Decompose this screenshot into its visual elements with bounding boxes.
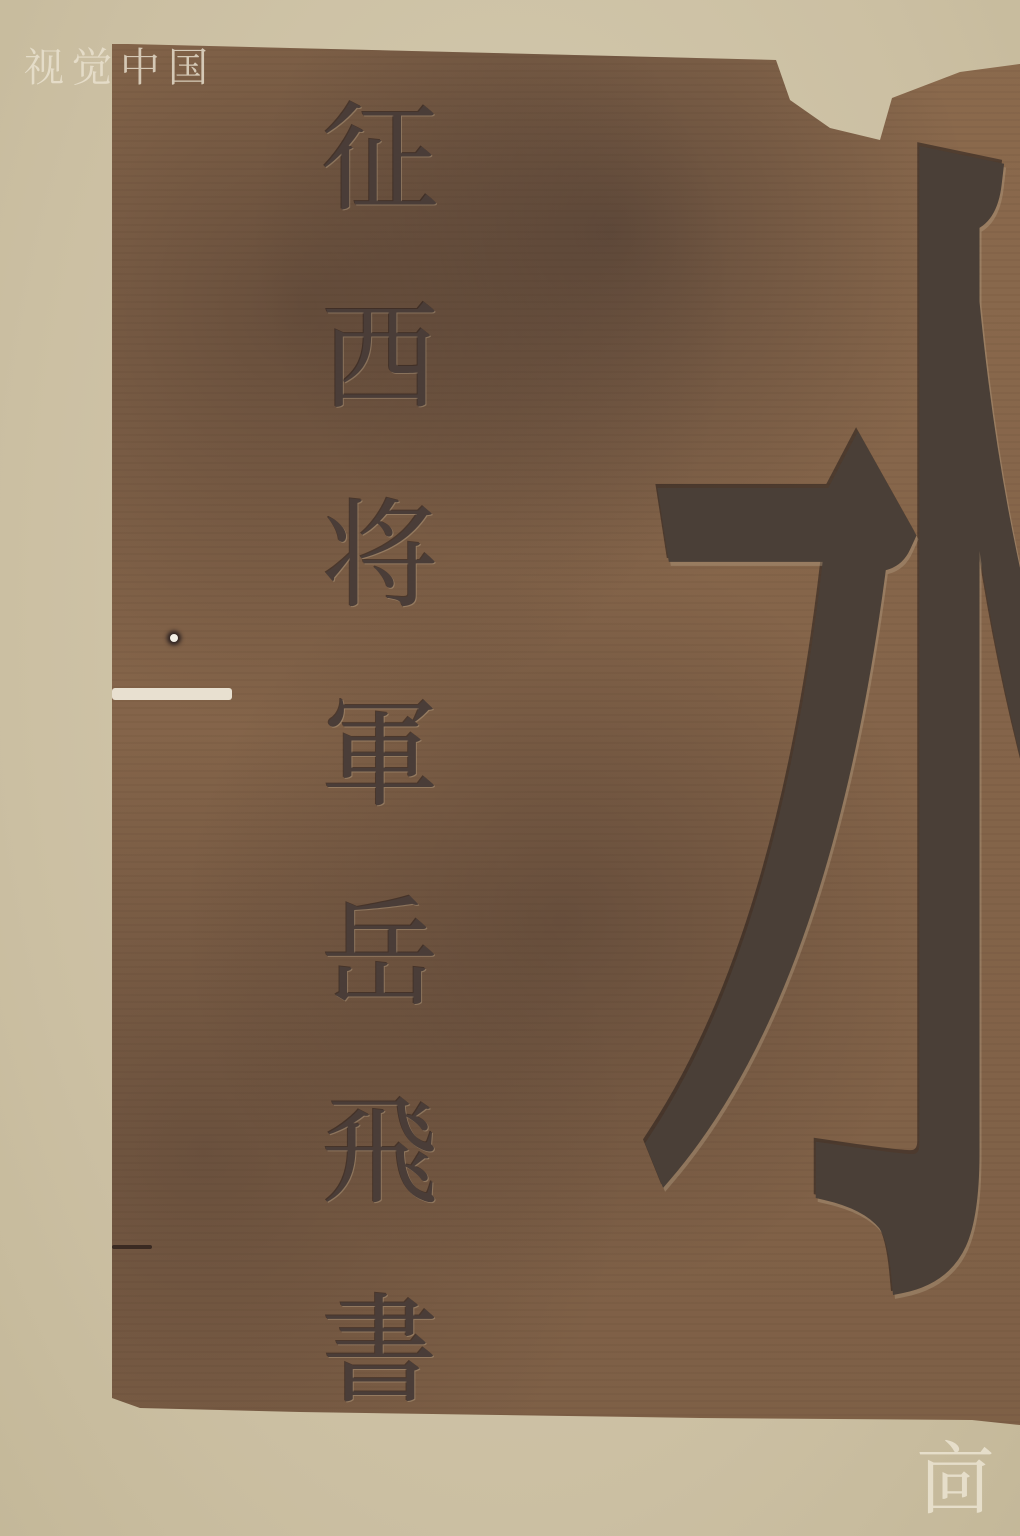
plaque-surface: 征 西 将 軍 岳 飛 書 水 xyxy=(0,0,1020,1536)
large-relief-character: 水 xyxy=(640,150,1020,1359)
watermark-logo-icon: 㐭 xyxy=(900,1440,1010,1520)
inscription-char: 書 xyxy=(321,1292,439,1410)
watermark-text: 视觉中国 xyxy=(24,36,216,93)
inscription-char: 西 xyxy=(321,299,439,417)
vertical-inscription: 征 西 将 軍 岳 飛 書 xyxy=(280,100,480,1410)
inscription-char: 軍 xyxy=(321,696,439,814)
nail-hole xyxy=(170,634,178,642)
inscription-char: 飛 xyxy=(321,1093,439,1211)
inscription-char: 将 xyxy=(321,497,439,615)
inscription-char: 征 xyxy=(321,100,439,218)
wood-crack xyxy=(112,688,232,700)
wood-split xyxy=(112,1245,152,1249)
inscription-char: 岳 xyxy=(321,895,439,1013)
